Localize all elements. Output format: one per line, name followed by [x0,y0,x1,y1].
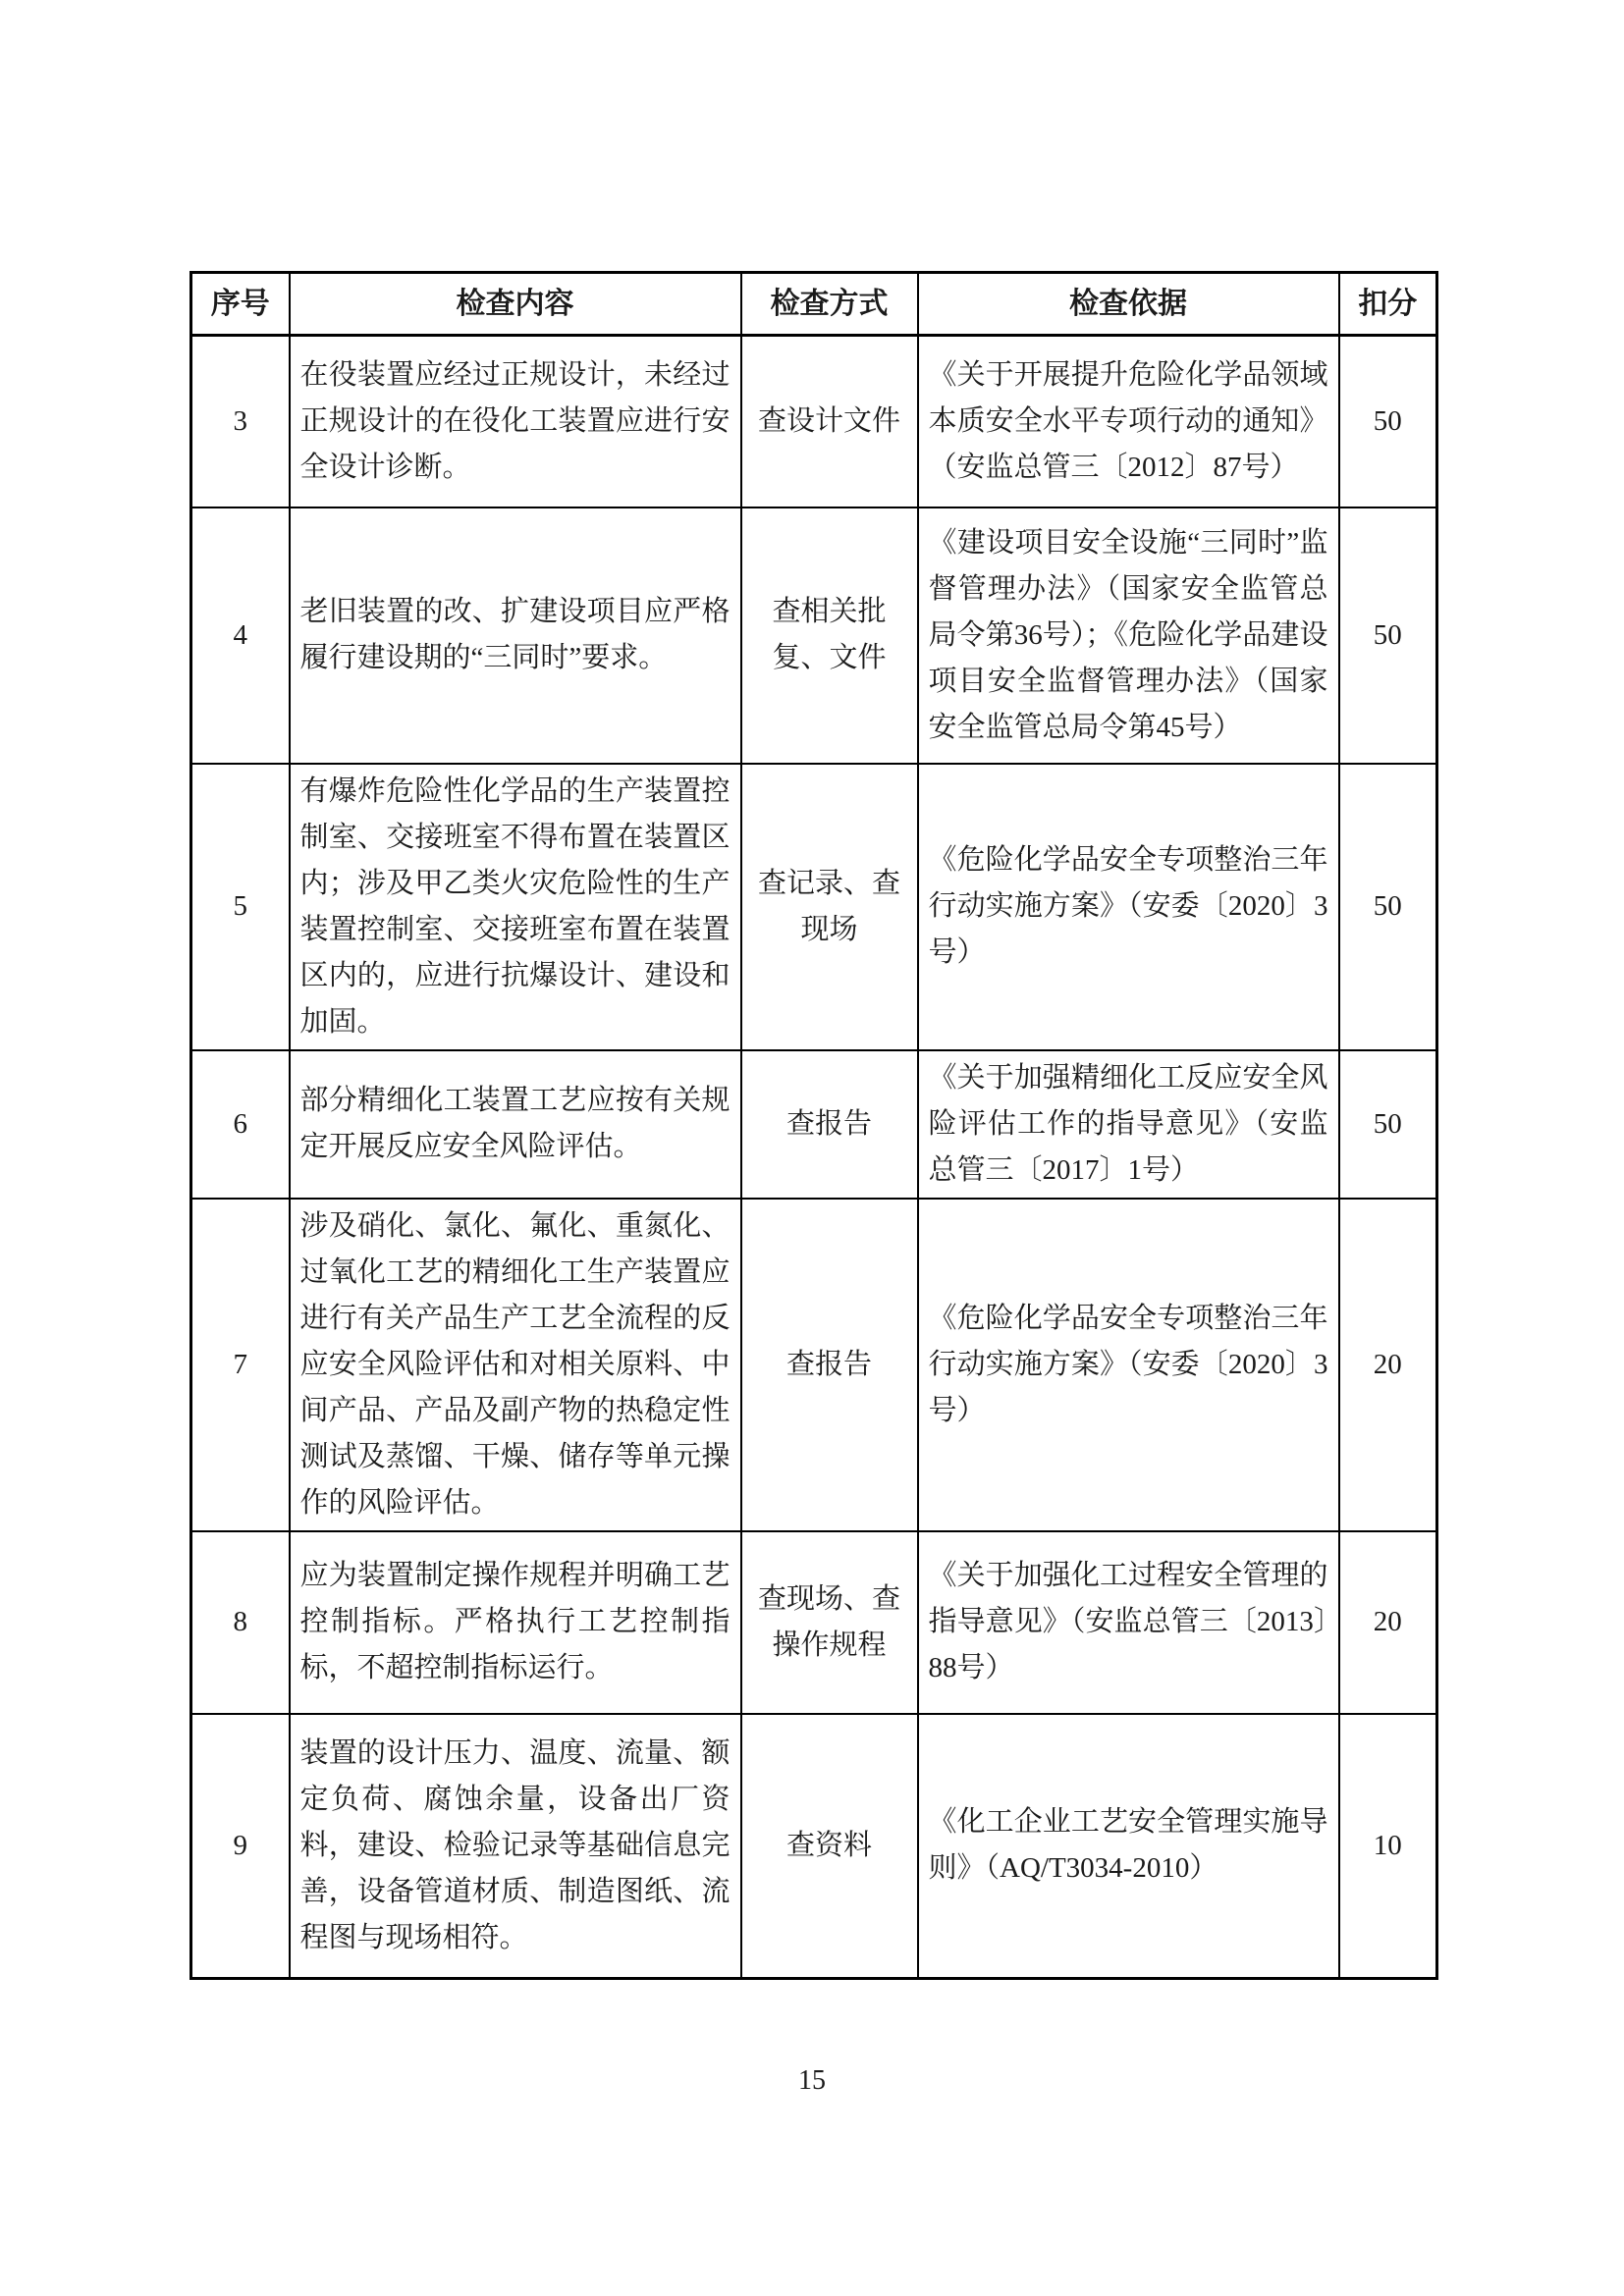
seq-cell: 4 [191,507,290,764]
basis-cell: 《关于开展提升危险化学品领域本质安全水平专项行动的通知》（安监总管三〔2012〕… [918,336,1339,507]
score-cell: 50 [1339,1050,1437,1199]
method-cell: 查现场、查操作规程 [741,1531,918,1714]
content-cell: 装置的设计压力、温度、流量、额定负荷、腐蚀余量，设备出厂资料，建设、检验记录等基… [290,1714,741,1979]
header-seq: 序号 [191,273,290,336]
content-cell: 应为装置制定操作规程并明确工艺控制指标。严格执行工艺控制指标，不超控制指标运行。 [290,1531,741,1714]
table-row: 3在役装置应经过正规设计，未经过正规设计的在役化工装置应进行安全设计诊断。查设计… [191,336,1437,507]
content-cell: 涉及硝化、氯化、氟化、重氮化、过氧化工艺的精细化工生产装置应进行有关产品生产工艺… [290,1199,741,1531]
seq-cell: 3 [191,336,290,507]
table-row: 6部分精细化工装置工艺应按有关规定开展反应安全风险评估。查报告《关于加强精细化工… [191,1050,1437,1199]
table-header-row: 序号 检查内容 检查方式 检查依据 扣分 [191,273,1437,336]
content-cell: 在役装置应经过正规设计，未经过正规设计的在役化工装置应进行安全设计诊断。 [290,336,741,507]
score-cell: 20 [1339,1531,1437,1714]
inspection-table: 序号 检查内容 检查方式 检查依据 扣分 3在役装置应经过正规设计，未经过正规设… [189,271,1438,1980]
table-row: 5有爆炸危险性化学品的生产装置控制室、交接班室不得布置在装置区内；涉及甲乙类火灾… [191,764,1437,1050]
score-cell: 50 [1339,507,1437,764]
header-score: 扣分 [1339,273,1437,336]
method-cell: 查报告 [741,1199,918,1531]
seq-cell: 5 [191,764,290,1050]
score-cell: 20 [1339,1199,1437,1531]
seq-cell: 6 [191,1050,290,1199]
basis-cell: 《危险化学品安全专项整治三年行动实施方案》（安委〔2020〕3号） [918,764,1339,1050]
basis-cell: 《化工企业工艺安全管理实施导则》（AQ/T3034-2010） [918,1714,1339,1979]
content-cell: 部分精细化工装置工艺应按有关规定开展反应安全风险评估。 [290,1050,741,1199]
score-cell: 50 [1339,764,1437,1050]
header-basis: 检查依据 [918,273,1339,336]
header-content: 检查内容 [290,273,741,336]
score-cell: 10 [1339,1714,1437,1979]
seq-cell: 7 [191,1199,290,1531]
seq-cell: 8 [191,1531,290,1714]
method-cell: 查记录、查现场 [741,764,918,1050]
content-cell: 有爆炸危险性化学品的生产装置控制室、交接班室不得布置在装置区内；涉及甲乙类火灾危… [290,764,741,1050]
table-row: 8应为装置制定操作规程并明确工艺控制指标。严格执行工艺控制指标，不超控制指标运行… [191,1531,1437,1714]
page-number: 15 [0,2065,1624,2097]
method-cell: 查设计文件 [741,336,918,507]
basis-cell: 《建设项目安全设施“三同时”监督管理办法》（国家安全监管总局令第36号）；《危险… [918,507,1339,764]
content-cell: 老旧装置的改、扩建设项目应严格履行建设期的“三同时”要求。 [290,507,741,764]
basis-cell: 《关于加强精细化工反应安全风险评估工作的指导意见》（安监总管三〔2017〕1号） [918,1050,1339,1199]
basis-cell: 《危险化学品安全专项整治三年行动实施方案》（安委〔2020〕3号） [918,1199,1339,1531]
basis-cell: 《关于加强化工过程安全管理的指导意见》（安监总管三〔2013〕88号） [918,1531,1339,1714]
table-row: 7涉及硝化、氯化、氟化、重氮化、过氧化工艺的精细化工生产装置应进行有关产品生产工… [191,1199,1437,1531]
seq-cell: 9 [191,1714,290,1979]
document-page: 序号 检查内容 检查方式 检查依据 扣分 3在役装置应经过正规设计，未经过正规设… [0,0,1624,2296]
table-row: 9装置的设计压力、温度、流量、额定负荷、腐蚀余量，设备出厂资料，建设、检验记录等… [191,1714,1437,1979]
method-cell: 查报告 [741,1050,918,1199]
header-method: 检查方式 [741,273,918,336]
table-row: 4老旧装置的改、扩建设项目应严格履行建设期的“三同时”要求。查相关批复、文件《建… [191,507,1437,764]
score-cell: 50 [1339,336,1437,507]
method-cell: 查资料 [741,1714,918,1979]
method-cell: 查相关批复、文件 [741,507,918,764]
